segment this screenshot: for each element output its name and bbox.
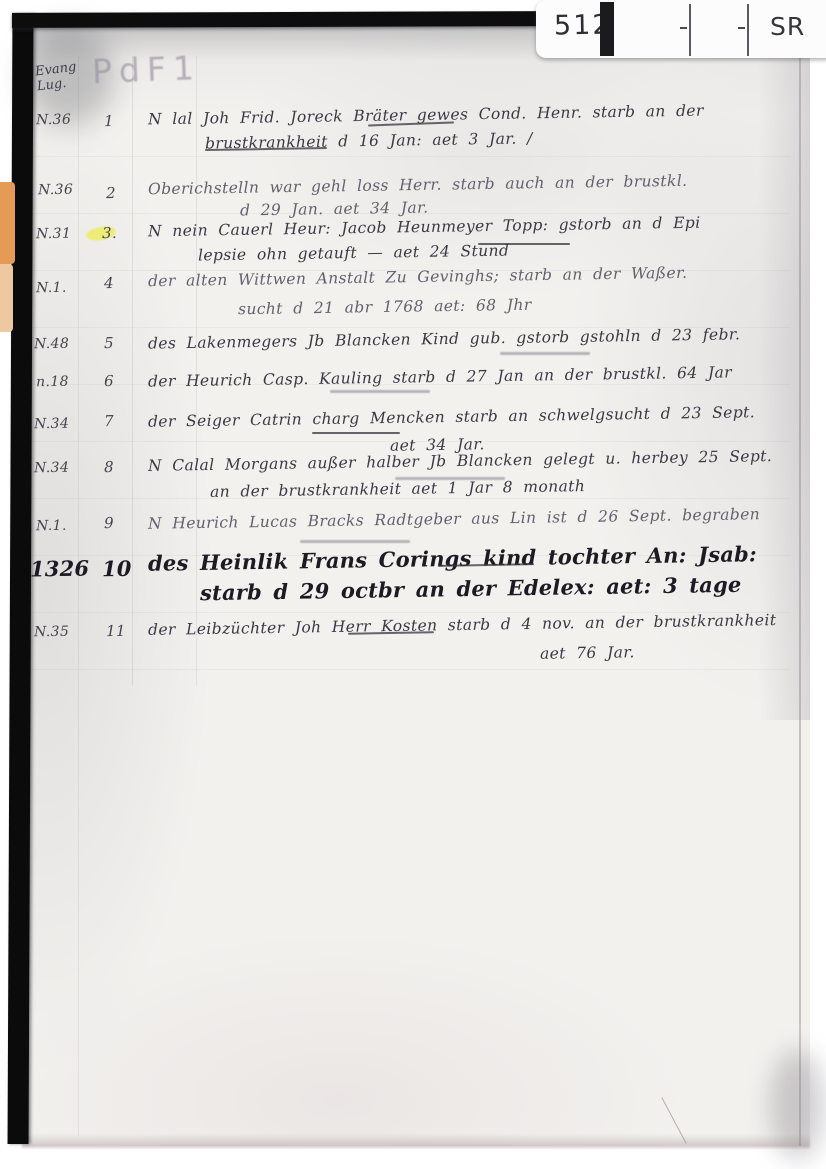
entry-number: 5 [104, 334, 114, 352]
label-black-bar [600, 2, 614, 56]
entry-margin-number: 1326 [30, 556, 90, 582]
entry-number: 4 [104, 274, 114, 292]
entry-number: 8 [104, 458, 114, 476]
entry-margin-number: N.36 [38, 182, 73, 199]
ink-smudge-underline [395, 477, 505, 480]
entry-number: 6 [104, 372, 114, 390]
orange-index-tab-lower [0, 264, 13, 332]
entry-number: 3. [102, 224, 117, 242]
entry-margin-number: N.36 [36, 112, 71, 129]
entry-text-line: d 29 Jan. aet 34 Jar. [240, 199, 429, 220]
ink-smudge-underline [500, 352, 590, 355]
margin-column-header: Evang Lug. [34, 60, 79, 95]
ink-smudge-underline [330, 390, 430, 393]
pencil-note: PdF1 [91, 48, 201, 91]
ink-underline [312, 432, 400, 434]
label-tick-mark [680, 27, 687, 29]
faint-ruling-vertical [78, 56, 79, 1136]
entry-margin-number: N.35 [34, 624, 69, 641]
entry-number: 1 [104, 112, 114, 130]
archive-code-label: SR [770, 12, 805, 41]
label-divider-line [689, 4, 691, 56]
entry-margin-number: N.34 [34, 416, 69, 433]
scan-top-bar [12, 11, 546, 28]
entry-margin-number: n.18 [36, 374, 69, 391]
faint-ruling-vertical [132, 56, 133, 686]
entry-margin-number: N.1. [36, 518, 67, 534]
entry-margin-number: N.34 [34, 460, 69, 477]
entry-number: 7 [104, 412, 114, 430]
scanned-register-page: 512 SR Evang Lug. PdF1 N.361N lal Joh Fr… [0, 0, 826, 1169]
ink-underline [478, 243, 570, 245]
archive-label-card: 512 SR [536, 0, 826, 58]
bottom-edge-shadow [22, 1134, 810, 1148]
ink-smudge-underline [300, 540, 410, 543]
entry-margin-number: N.48 [34, 336, 69, 353]
label-tick-mark [738, 27, 745, 29]
entry-margin-number: N.31 [36, 226, 71, 243]
entry-margin-number: N.1. [36, 280, 67, 296]
entry-number: 11 [106, 622, 126, 640]
entry-number: 10 [102, 556, 132, 581]
entry-number: 2 [106, 184, 116, 202]
bottom-right-smudge [770, 1050, 825, 1160]
underlying-page-edge [799, 50, 801, 1146]
orange-index-tab [0, 182, 15, 264]
entry-number: 9 [104, 514, 114, 532]
entry-text-line: aet 76 Jar. [540, 643, 635, 662]
label-divider-line [747, 4, 749, 56]
